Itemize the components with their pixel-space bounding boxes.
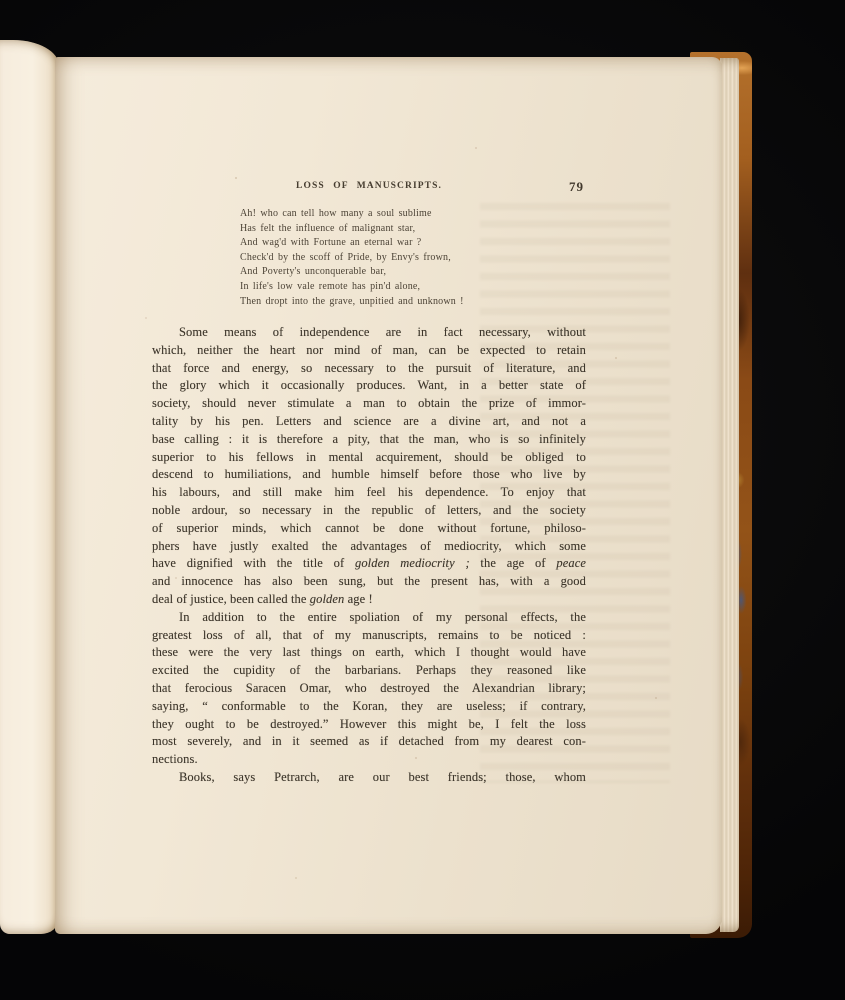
text-line: descend to humiliations, and humble hims… — [152, 466, 586, 484]
paragraph: In addition to the entire spoliation of … — [152, 609, 586, 769]
paper-specks — [55, 57, 57, 59]
page-fore-edge — [720, 58, 739, 932]
text-line: that force and energy, so necessary to t… — [152, 360, 586, 378]
text-line: noble ardour, so necessary in the republ… — [152, 502, 586, 520]
text-line: phers have justly exalted the advantages… — [152, 538, 586, 556]
text-line: they ought to be destroyed.” However thi… — [152, 716, 586, 734]
text-line: have dignified with the title of golden … — [152, 555, 586, 573]
text-line: tality by his pen. Letters and science a… — [152, 413, 586, 431]
text-line: saying, “ conformable to the Koran, they… — [152, 698, 586, 716]
page-number: 79 — [569, 179, 584, 195]
text-line: which, neither the heart nor mind of man… — [152, 342, 586, 360]
text-line: and innocence has also been sung, but th… — [152, 573, 586, 591]
poem-line: Ah! who can tell how many a soul sublime — [240, 207, 570, 222]
text-line: Books, says Petrarch, are our best frien… — [152, 769, 586, 787]
text-line: deal of justice, been called the golden … — [152, 591, 586, 609]
text-line: greatest loss of all, that of my manuscr… — [152, 627, 586, 645]
facing-page-edge — [0, 40, 59, 934]
paragraph: Some means of independence are in fact n… — [152, 324, 586, 609]
paragraph: Books, says Petrarch, are our best frien… — [152, 769, 586, 787]
text-line: base calling : it is therefore a pity, t… — [152, 431, 586, 449]
page-header: LOSS OF MANUSCRIPTS. 79 — [152, 181, 586, 197]
poem-line: In life's low vale remote has pin'd alon… — [240, 280, 570, 295]
poem-line: Has felt the influence of malignant star… — [240, 222, 570, 237]
text-line: superior to his fellows in mental acquir… — [152, 449, 586, 467]
text-line: excited the cupidity of the barbarians. … — [152, 662, 586, 680]
book-page: LOSS OF MANUSCRIPTS. 79 Ah! who can tell… — [55, 57, 722, 934]
text-block: LOSS OF MANUSCRIPTS. 79 Ah! who can tell… — [152, 57, 586, 934]
text-line: of superior minds, which cannot be done … — [152, 520, 586, 538]
poem-block: Ah! who can tell how many a soul sublime… — [240, 207, 570, 309]
text-line: his labours, and still make him feel his… — [152, 484, 586, 502]
book-photo: LOSS OF MANUSCRIPTS. 79 Ah! who can tell… — [0, 0, 845, 1000]
text-line: Some means of independence are in fact n… — [152, 324, 586, 342]
text-line: the glory which it occasionally produces… — [152, 377, 586, 395]
text-line: society, should never stimulate a man to… — [152, 395, 586, 413]
poem-line: Check'd by the scoff of Pride, by Envy's… — [240, 251, 570, 266]
text-line: In addition to the entire spoliation of … — [152, 609, 586, 627]
text-line: most severely, and in it seemed as if de… — [152, 733, 586, 751]
text-line: these were the very last things on earth… — [152, 644, 586, 662]
body-text: Some means of independence are in fact n… — [152, 324, 586, 787]
poem-line: And Poverty's unconquerable bar, — [240, 265, 570, 280]
running-title: LOSS OF MANUSCRIPTS. — [152, 181, 586, 191]
text-line: that ferocious Saracen Omar, who destroy… — [152, 680, 586, 698]
poem-line: And wag'd with Fortune an eternal war ? — [240, 236, 570, 251]
text-line: nections. — [152, 751, 586, 769]
poem-line: Then dropt into the grave, unpitied and … — [240, 295, 570, 310]
